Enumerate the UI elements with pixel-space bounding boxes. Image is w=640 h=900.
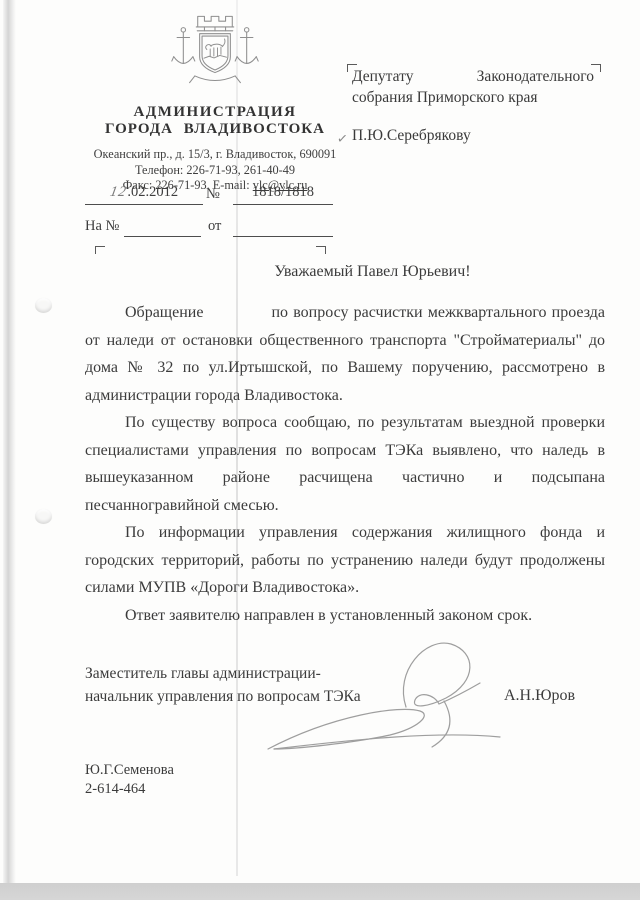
- printed-date: .02.2012: [127, 184, 178, 200]
- executor-phone: 2-614-464: [85, 780, 174, 799]
- executor-block: Ю.Г.Семенова 2-614-464: [85, 761, 174, 799]
- paragraph-2: По существу вопроса сообщаю, по результа…: [85, 409, 605, 519]
- ref-from-label: от: [208, 218, 221, 235]
- executor-name: Ю.Г.Семенова: [85, 761, 174, 780]
- ref-number-blank: [124, 216, 201, 237]
- hole-punch-bottom: [35, 509, 52, 524]
- org-name-line1: АДМИНИСТРАЦИЯ: [80, 104, 350, 121]
- scan-edge-shadow: [3, 0, 16, 883]
- checkmark-icon: ✓: [336, 127, 349, 149]
- recipient-line1: Депутату Законодательного: [352, 66, 594, 87]
- paragraph-4: Ответ заявителю направлен в установленны…: [85, 602, 605, 630]
- signer-name: А.Н.Юров: [504, 687, 575, 705]
- org-address: Океанский пр., д. 15/3, г. Владивосток, …: [80, 147, 350, 163]
- letterhead: АДМИНИСТРАЦИЯ ГОРОДА ВЛАДИВОСТОКА Океанс…: [80, 6, 350, 194]
- org-phone: Телефон: 226-71-93, 261-40-49: [80, 163, 350, 179]
- paragraph-1: Обращениепо вопросу расчистки межквартал…: [85, 299, 605, 409]
- letter-body: Уважаемый Павел Юрьевич! Обращениепо воп…: [85, 258, 605, 629]
- handwritten-date: 12: [108, 184, 127, 201]
- ref-date-blank: [233, 216, 333, 237]
- recipient-block: Депутату Законодательного собрания Примо…: [352, 66, 594, 146]
- corner-mark: [95, 246, 105, 254]
- coat-of-arms-icon: [167, 6, 263, 94]
- ref-number-label: На №: [85, 218, 119, 235]
- scanned-letter: АДМИНИСТРАЦИЯ ГОРОДА ВЛАДИВОСТОКА Океанс…: [0, 0, 640, 900]
- corner-mark: [316, 246, 326, 254]
- salutation: Уважаемый Павел Юрьевич!: [85, 258, 605, 286]
- handwritten-signature: [248, 627, 513, 762]
- number-sign: №: [206, 186, 220, 203]
- outgoing-date-field: 12.02.2012: [85, 184, 203, 205]
- hole-punch-top: [35, 298, 52, 313]
- org-name-line2: ГОРОДА ВЛАДИВОСТОКА: [80, 121, 350, 138]
- recipient-name: ✓ П.Ю.Серебрякову: [352, 125, 594, 146]
- scanner-background: [0, 883, 640, 900]
- paragraph-3: По информации управления содержания жили…: [85, 519, 605, 602]
- recipient-line2: собрания Приморского края: [352, 87, 594, 108]
- outgoing-number-field: 1818/1818: [233, 184, 333, 205]
